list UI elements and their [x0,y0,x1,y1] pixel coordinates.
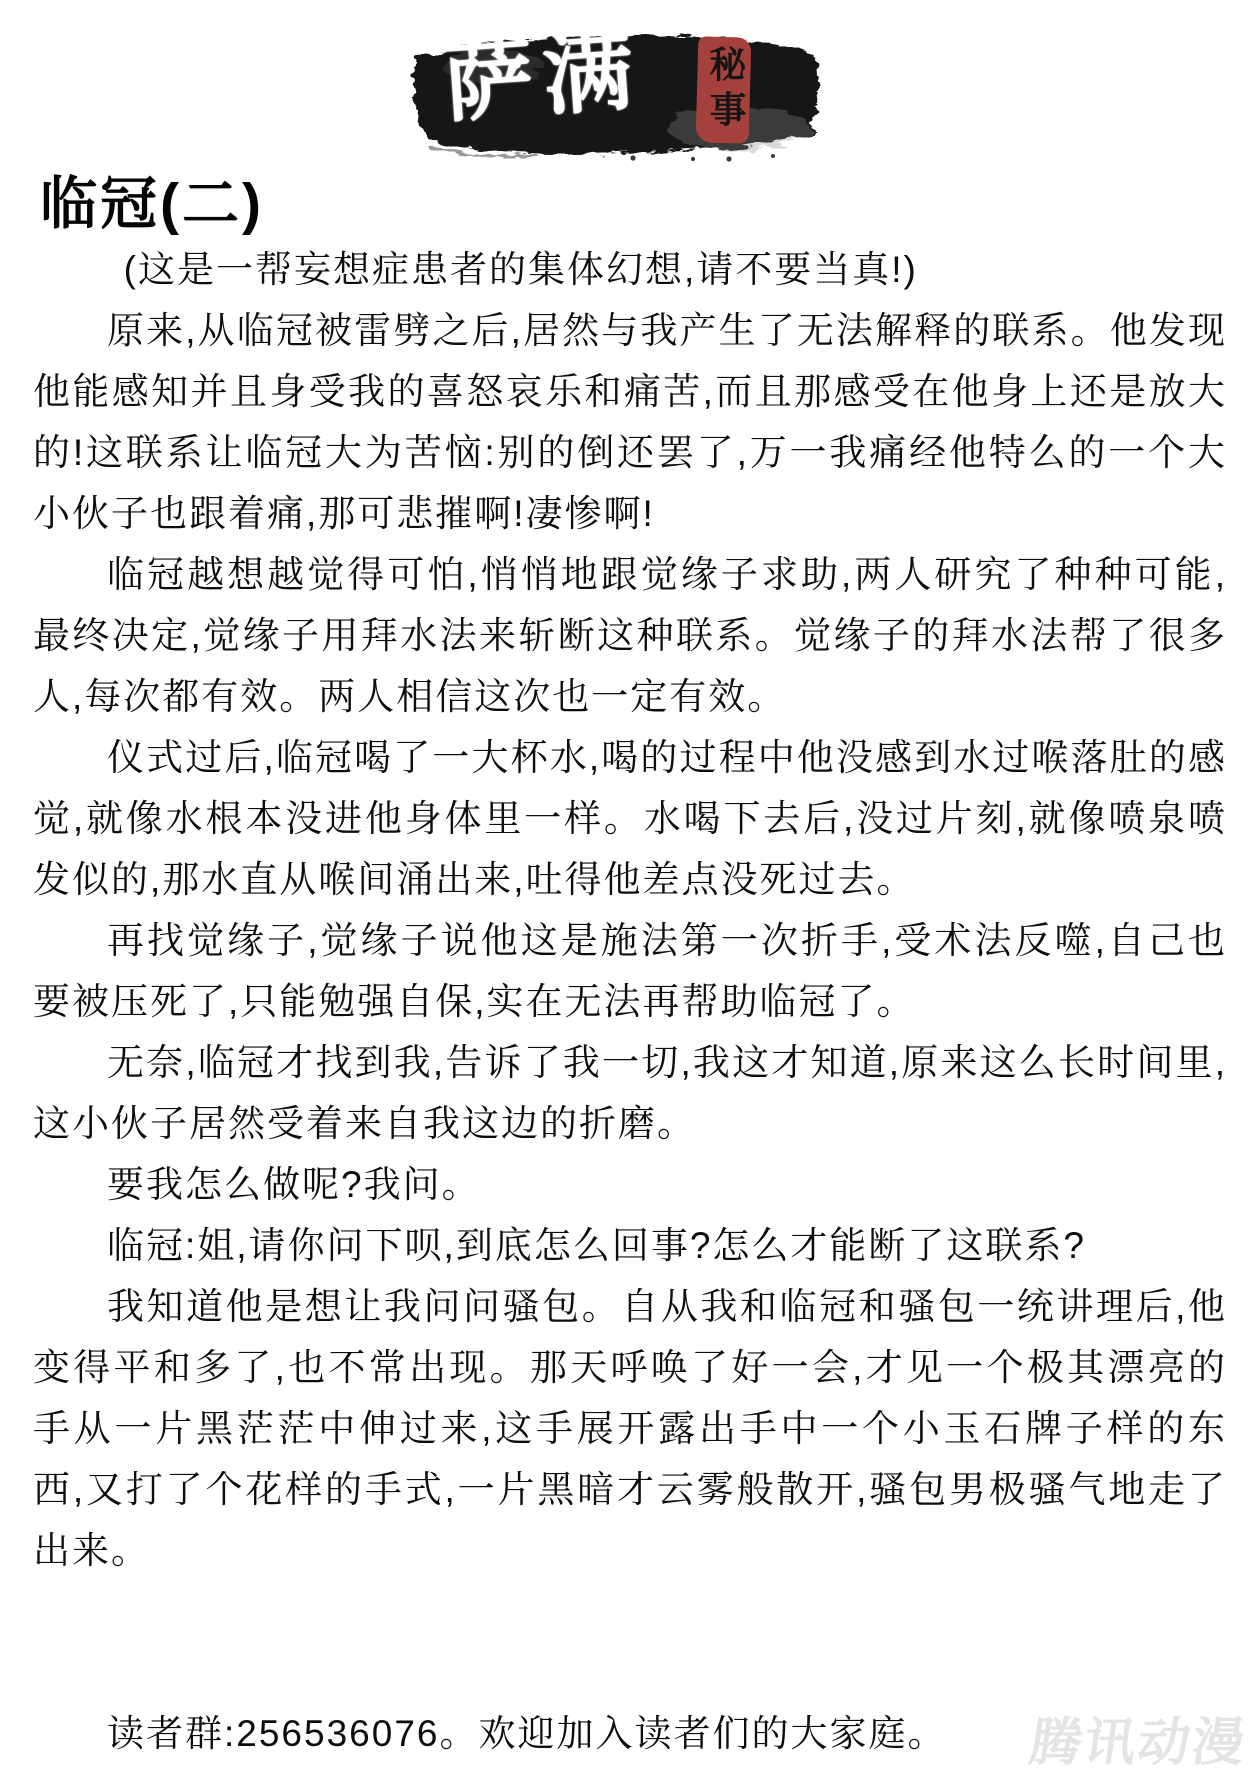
tencent-comics-watermark: 腾讯动漫 [1025,1710,1251,1778]
paragraph: 要我怎么做呢?我问。 [33,1154,1227,1215]
ink-dot [771,154,775,158]
disclaimer-line: (这是一帮妄想症患者的集体幻想,请不要当真!) [33,239,1227,300]
ink-dot [691,157,695,161]
chapter-title: 临冠(二) [40,169,1260,239]
ink-dot [726,156,731,161]
ink-dot [630,155,635,160]
paragraph: 临冠越想越觉得可怕,悄悄地跟觉缘子求助,两人研究了种种可能,最终决定,觉缘子用拜… [33,544,1227,727]
article-paragraphs: 原来,从临冠被雷劈之后,居然与我产生了无法解释的联系。他发现他能感知并且身受我的… [33,300,1227,1581]
paragraph: 临冠:姐,请你问下呗,到底怎么回事?怎么才能断了这联系? [33,1215,1227,1276]
comic-text-page: 萨满 秘事 临冠(二) (这是一帮妄想症患者的集体幻想,请不要当真!) 原来,从… [0,28,1260,1764]
logo-main-text: 萨满 [440,25,646,129]
paragraph: 原来,从临冠被雷劈之后,居然与我产生了无法解释的联系。他发现他能感知并且身受我的… [33,300,1227,544]
paragraph: 仪式过后,临冠喝了一大杯水,喝的过程中他没感到水过喉落肚的感觉,就像水根本没进他… [33,727,1227,910]
logo-seal: 秘事 [696,36,752,143]
paragraph: 我知道他是想让我问问骚包。自从我和临冠和骚包一统讲理后,他变得平和多了,也不常出… [33,1276,1227,1581]
paragraph: 再找觉缘子,觉缘子说他这是施法第一次折手,受术法反噬,自己也要被压死了,只能勉强… [33,910,1227,1032]
logo-seal-text: 秘事 [696,45,751,135]
paragraph: 无奈,临冠才找到我,告诉了我一切,我这才知道,原来这么长时间里,这小伙子居然受着… [33,1032,1227,1154]
article-body: (这是一帮妄想症患者的集体幻想,请不要当真!) 原来,从临冠被雷劈之后,居然与我… [33,239,1227,1764]
series-logo: 萨满 秘事 [401,28,831,164]
